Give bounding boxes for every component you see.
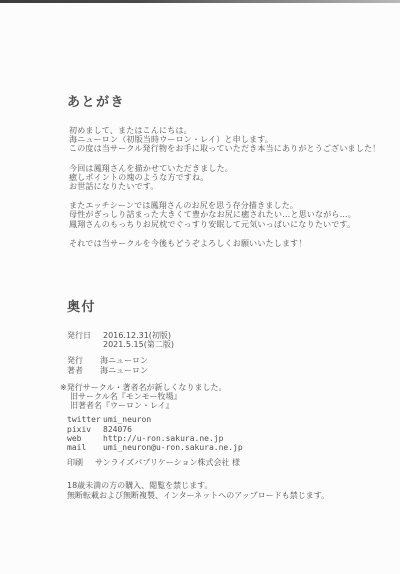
author-value: 海ニューロン [100, 366, 148, 375]
afterword-paragraph: 今回は鳳翔さんを描かせていただきました。 癒しポイントの塊のような方ですね。 お… [69, 164, 380, 192]
mail-label: mail [67, 443, 103, 452]
rename-note-block: ※発行サークル・著者名が新しくなりました。 旧サークル名『モンモー牧場』 旧著者… [60, 383, 380, 411]
publisher-label: 発行 [67, 356, 100, 365]
afterword-line: 鳳翔さんのもっちりお尻枕でぐっすり安眠して元気いっぱいになりたいです。 [69, 220, 380, 229]
afterword-line: 今回は鳳翔さんを描かせていただきました。 [69, 164, 380, 173]
afterword-line: この度は当サークル発行物をお手に取っていただき本当にありがとうございました！ [69, 144, 380, 153]
old-author-name: 旧著者名『ウーロン・レイ』 [70, 401, 380, 410]
twitter-handle: umi_neuron [103, 415, 151, 424]
publisher-author-rows: 発行 海ニューロン 著者 海ニューロン [67, 356, 380, 374]
disclaimer-line: 18歳未満の方の購入、閲覧を禁じます。 [67, 481, 380, 490]
scan-edge-artifact [0, 0, 400, 3]
disclaimer-line: 無断転載および無断複製、インターネットへのアップロードも禁じます。 [67, 491, 380, 500]
mail-address: umi_neuron@u-ron.sakura.ne.jp [103, 443, 243, 452]
printer-value: サンライズパブリケーション株式会社 様 [95, 458, 240, 467]
web-label: web [67, 434, 103, 443]
printer-label: 印刷 [67, 458, 95, 467]
afterword-paragraph: それでは当サークルを今後もどうぞよろしくお願いいたします！ [69, 239, 380, 248]
publication-date-row: 2021.5.15(第二版) [67, 340, 380, 349]
afterword-line: 母性がぎっしり詰まった大きくて豊かなお尻に癒されたい…と思いながら…。 [69, 210, 380, 219]
author-row: 著者 海ニューロン [67, 366, 380, 375]
publisher-value: 海ニューロン [100, 356, 148, 365]
afterword-heading: あとがき [67, 91, 380, 110]
afterword-line: お世話になりたいです。 [69, 182, 380, 191]
rename-note: ※発行サークル・著者名が新しくなりました。 [60, 383, 380, 392]
afterword-line: 癒しポイントの塊のような方ですね。 [69, 173, 380, 182]
afterword-section: あとがき 初めまして、またはこんにちは。 海ニューロン（初版当時ウーロン・レイ）… [67, 91, 380, 248]
web-url: http://u-ron.sakura.ne.jp [103, 434, 223, 443]
afterword-paragraph: 初めまして、またはこんにちは。 海ニューロン（初版当時ウーロン・レイ）と申します… [69, 126, 380, 154]
disclaimer-block: 18歳未満の方の購入、閲覧を禁じます。 無断転載および無断複製、インターネットへ… [67, 481, 380, 499]
publication-date-label: 発行日 [67, 331, 103, 340]
colophon-section: 奥付 発行日 2016.12.31(初版) 2021.5.15(第二版) 発行 … [67, 296, 380, 500]
pixiv-id: 824076 [103, 425, 132, 434]
contact-block: twitter umi_neuron pixiv 824076 web http… [67, 415, 380, 452]
second-edition-date: 2021.5.15(第二版) [103, 340, 174, 349]
colophon-heading: 奥付 [67, 296, 380, 315]
old-circle-name: 旧サークル名『モンモー牧場』 [70, 392, 380, 401]
contact-row-web: web http://u-ron.sakura.ne.jp [67, 434, 380, 443]
first-edition-date: 2016.12.31(初版) [103, 331, 171, 340]
printer-row: 印刷 サンライズパブリケーション株式会社 様 [67, 458, 380, 467]
publication-date-row: 発行日 2016.12.31(初版) [67, 331, 380, 340]
afterword-line: それでは当サークルを今後もどうぞよろしくお願いいたします！ [69, 239, 380, 248]
publication-dates: 発行日 2016.12.31(初版) 2021.5.15(第二版) [67, 331, 380, 349]
contact-row-mail: mail umi_neuron@u-ron.sakura.ne.jp [67, 443, 380, 452]
contact-row-pixiv: pixiv 824076 [67, 425, 380, 434]
author-label: 著者 [67, 366, 100, 375]
contact-row-twitter: twitter umi_neuron [67, 415, 380, 424]
afterword-line: 初めまして、またはこんにちは。 [69, 126, 380, 135]
twitter-label: twitter [67, 415, 103, 424]
pixiv-label: pixiv [67, 425, 103, 434]
afterword-paragraph: またエッチシーンでは鳳翔さんのお尻を思う存分描きました。 母性がぎっしり詰まった… [69, 201, 380, 229]
publisher-row: 発行 海ニューロン [67, 356, 380, 365]
scanned-page: { "page": { "background": "#fcfcfc", "te… [0, 0, 400, 574]
